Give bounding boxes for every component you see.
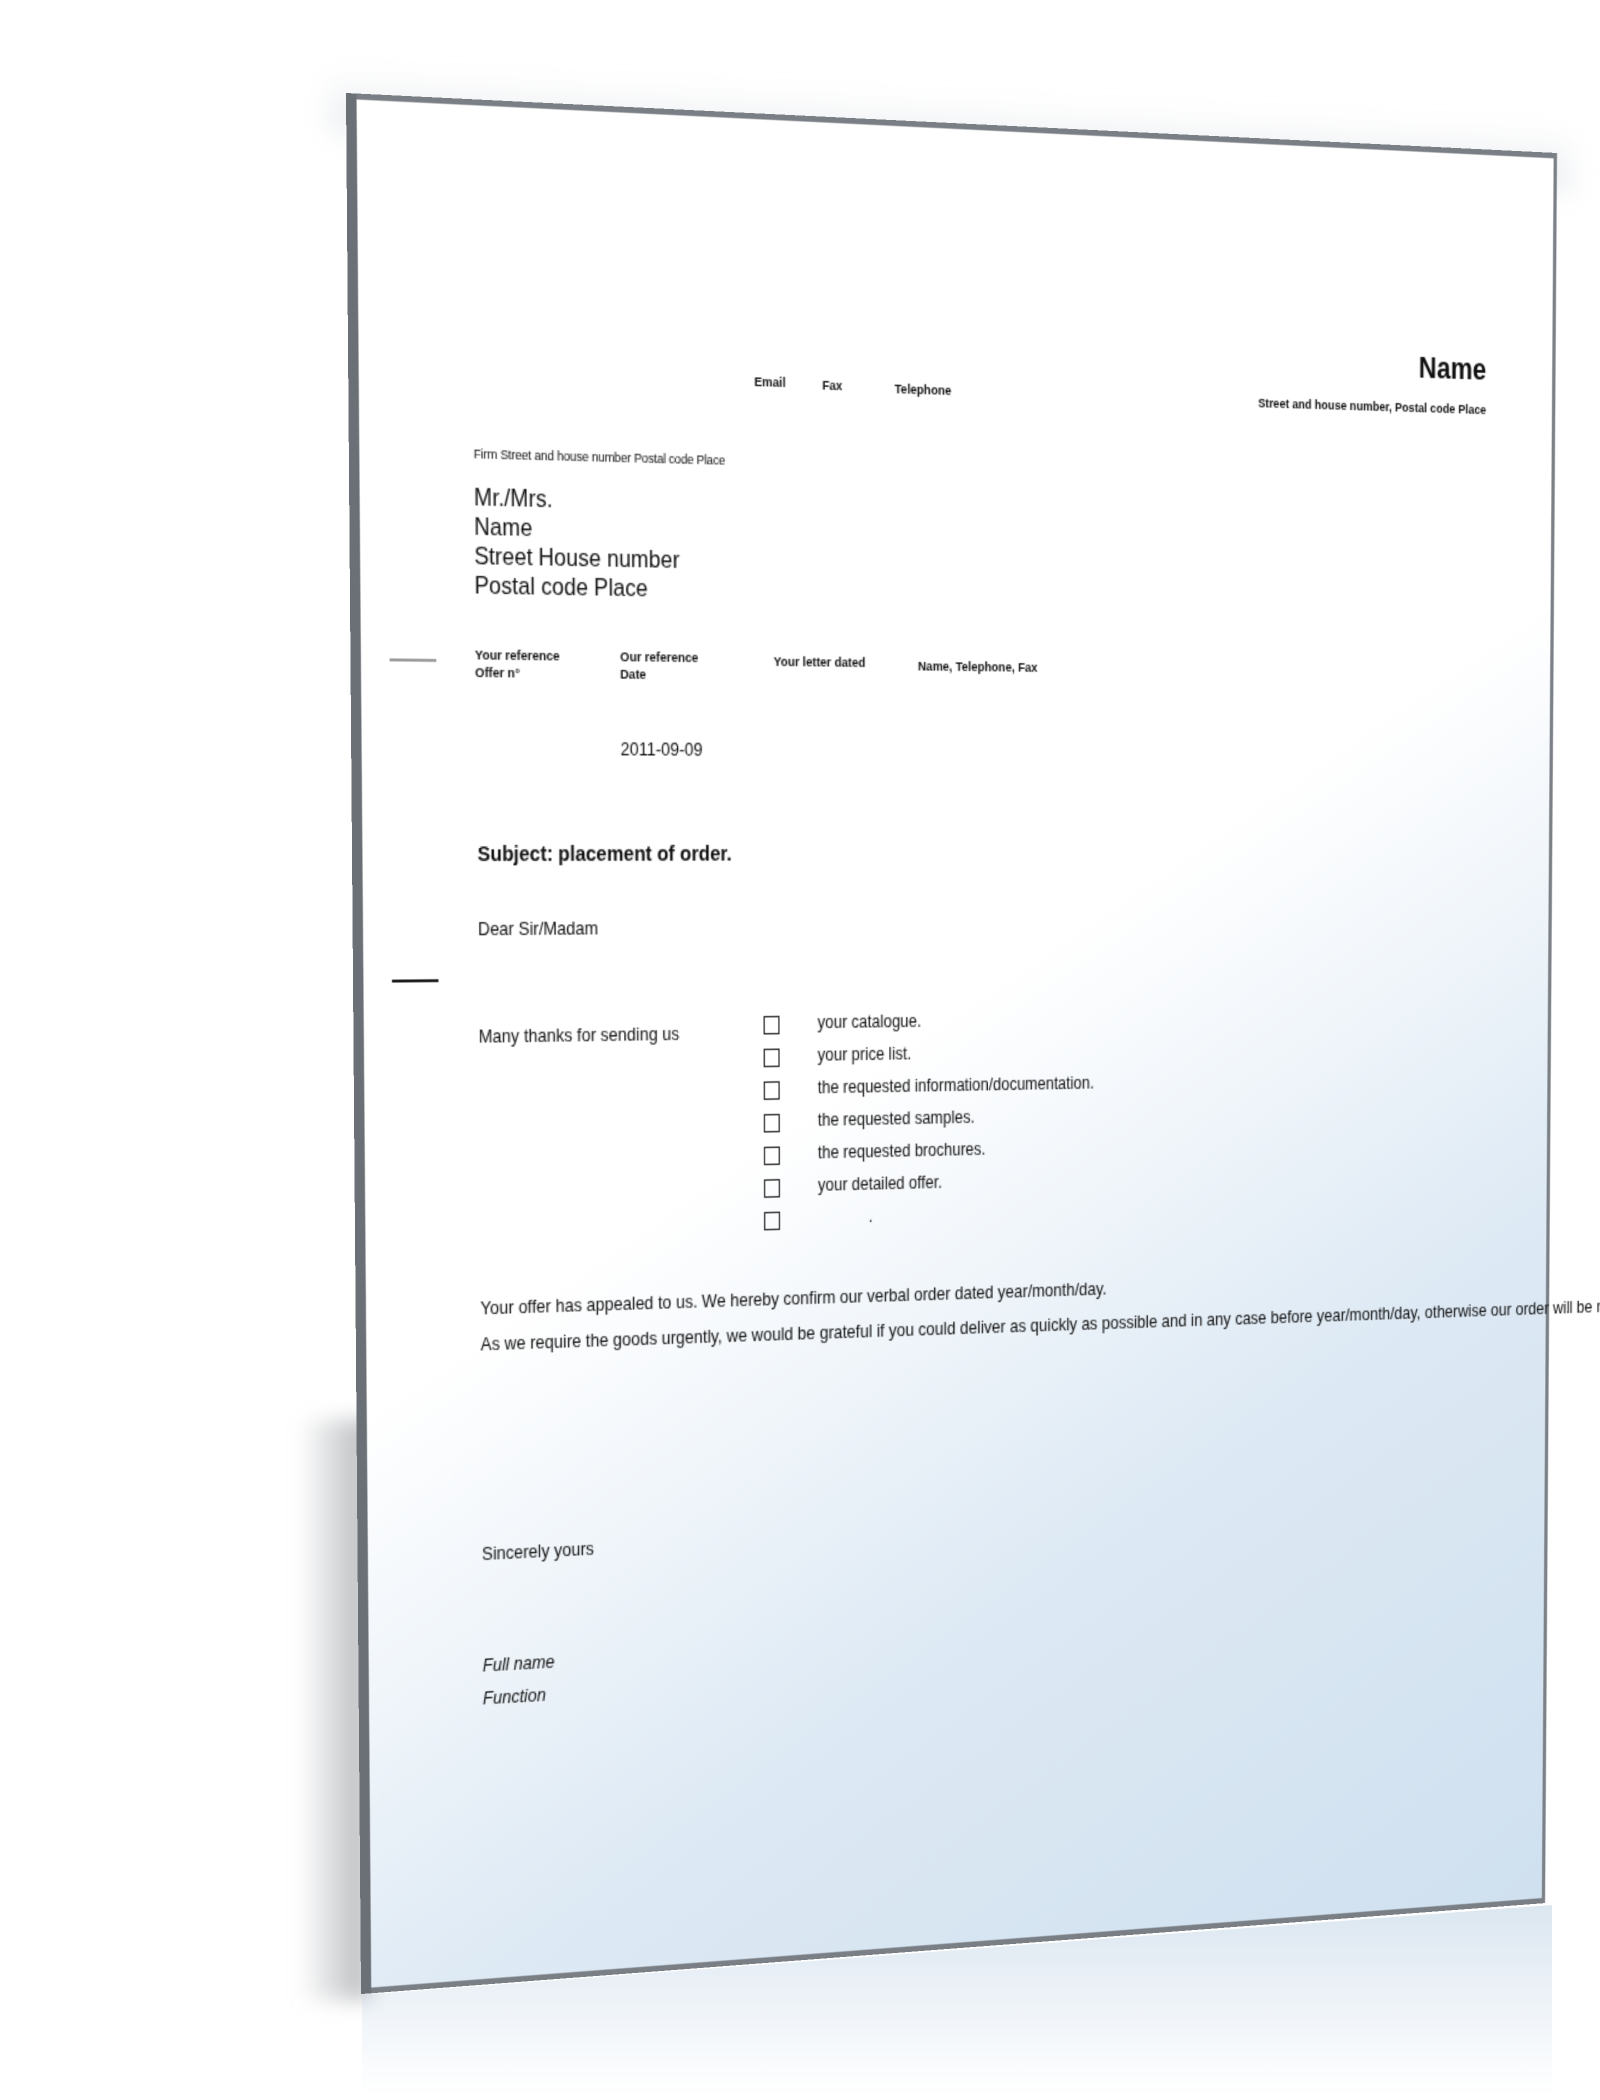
recipient-city: Postal code Place (474, 571, 679, 604)
sender-fax-label: Fax (822, 378, 842, 394)
contact-label: Name, Telephone, Fax (918, 659, 1038, 677)
our-reference-label: Our reference (620, 650, 698, 668)
recipient-name: Name (474, 513, 679, 546)
option-label: the requested brochures. (818, 1139, 986, 1162)
option-label: . (818, 1206, 873, 1227)
recipient-address-block: Mr./Mrs. Name Street House number Postal… (474, 483, 680, 604)
your-reference-label: Your reference (475, 648, 560, 667)
signature-function: Function (483, 1684, 546, 1709)
option-label: your detailed offer. (818, 1172, 942, 1195)
date-label: Date (620, 667, 698, 685)
sender-email-label: Email (754, 374, 785, 391)
checkbox[interactable] (764, 1179, 780, 1198)
recipient-street: Street House number (474, 542, 679, 575)
salutation: Dear Sir/Madam (478, 917, 598, 939)
subject-line: Subject: placement of order. (477, 842, 731, 867)
thanks-intro: Many thanks for sending us (479, 1023, 680, 1047)
checkbox[interactable] (764, 1081, 780, 1100)
closing: Sincerely yours (482, 1538, 594, 1565)
fold-mark-lower (392, 979, 439, 982)
checkbox[interactable] (764, 1212, 780, 1231)
recipient-salutation: Mr./Mrs. (474, 483, 680, 517)
option-label: your catalogue. (817, 1011, 921, 1032)
sender-telephone-label: Telephone (895, 382, 952, 399)
option-label: the requested information/documentation. (818, 1073, 1094, 1097)
sender-name: Name (1419, 350, 1487, 388)
checkbox[interactable] (764, 1016, 780, 1035)
checkbox[interactable] (764, 1114, 780, 1133)
checkbox[interactable] (764, 1049, 780, 1068)
reference-our: Our reference Date (620, 650, 698, 686)
sender-address: Street and house number, Postal code Pla… (1258, 396, 1486, 418)
letter-date: 2011-09-09 (620, 738, 702, 760)
return-address-line: Firm Street and house number Postal code… (474, 447, 725, 470)
reference-your: Your reference Offer n° (475, 648, 560, 684)
option-label: your price list. (818, 1044, 912, 1065)
your-letter-dated-label: Your letter dated (774, 654, 866, 672)
fold-mark-upper (390, 658, 437, 661)
letter-page: Name Email Fax Telephone Street and hous… (346, 93, 1557, 1994)
offer-number-label: Offer n° (475, 665, 560, 683)
checkbox[interactable] (764, 1146, 780, 1165)
option-label: the requested samples. (818, 1107, 975, 1130)
signature-full-name: Full name (483, 1651, 555, 1676)
